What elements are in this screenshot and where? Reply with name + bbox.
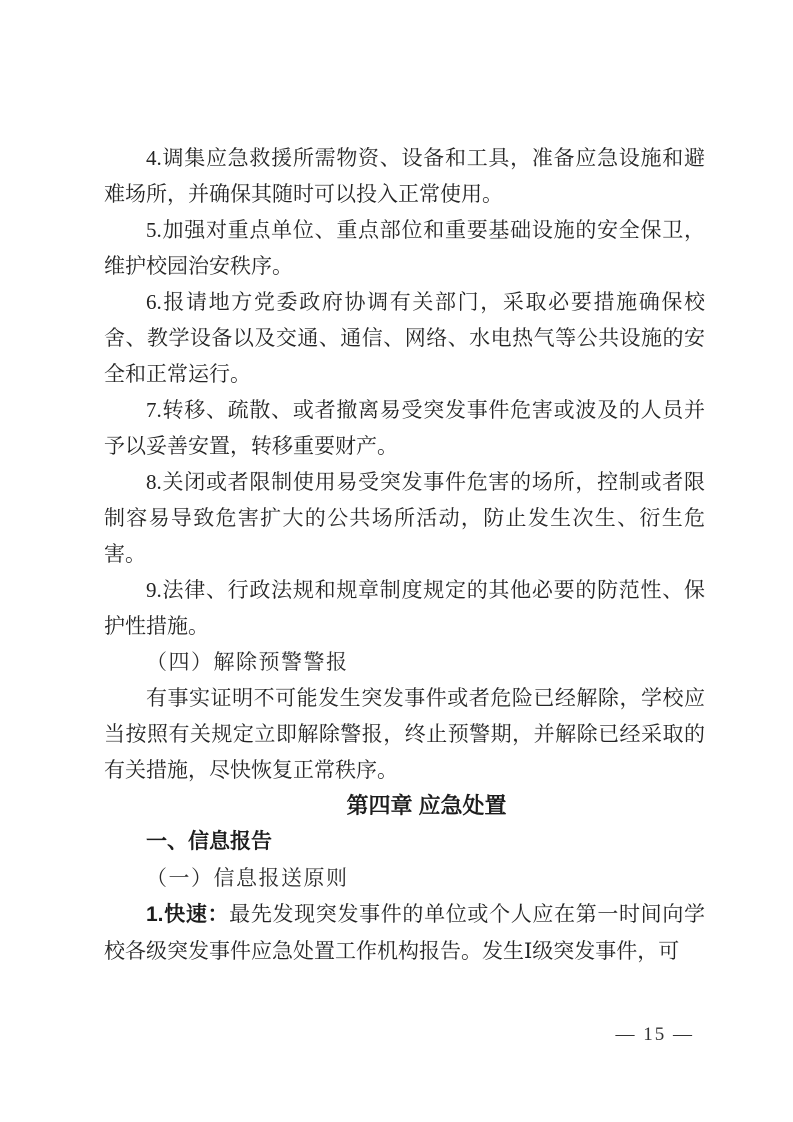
- paragraph-item-7: 7.转移、疏散、或者撤离易受突发事件危害或波及的人员并予以妥善安置，转移重要财产…: [104, 392, 705, 464]
- page-number: — 15 —: [616, 1024, 695, 1046]
- paragraph-item-6: 6.报请地方党委政府协调有关部门，采取必要措施确保校舍、教学设备以及交通、通信、…: [104, 284, 705, 392]
- paragraph-item-9: 9.法律、行政法规和规章制度规定的其他必要的防范性、保护性措施。: [104, 572, 705, 644]
- item-fast-lead: 1.快速：: [146, 903, 229, 926]
- chapter-heading: 第四章 应急处置: [104, 788, 705, 824]
- subsection-heading-report-principles: （一）信息报送原则: [104, 860, 705, 896]
- paragraph-item-fast: 1.快速：最先发现突发事件的单位或个人应在第一时间向学校各级突发事件应急处置工作…: [104, 896, 705, 969]
- paragraph-item-5: 5.加强对重点单位、重点部位和重要基础设施的安全保卫，维护校园治安秩序。: [104, 212, 705, 284]
- subsection-heading-release-warning: （四）解除预警警报: [104, 644, 705, 680]
- section-heading-info-report: 一、信息报告: [104, 824, 705, 860]
- document-page: 4.调集应急救援所需物资、设备和工具，准备应急设施和避难场所，并确保其随时可以投…: [0, 0, 793, 1122]
- paragraph-item-8: 8.关闭或者限制使用易受突发事件危害的场所，控制或者限制容易导致危害扩大的公共场…: [104, 464, 705, 572]
- document-body: 4.调集应急救援所需物资、设备和工具，准备应急设施和避难场所，并确保其随时可以投…: [104, 140, 705, 969]
- paragraph-release-warning: 有事实证明不可能发生突发事件或者危险已经解除，学校应当按照有关规定立即解除警报，…: [104, 680, 705, 788]
- paragraph-item-4: 4.调集应急救援所需物资、设备和工具，准备应急设施和避难场所，并确保其随时可以投…: [104, 140, 705, 212]
